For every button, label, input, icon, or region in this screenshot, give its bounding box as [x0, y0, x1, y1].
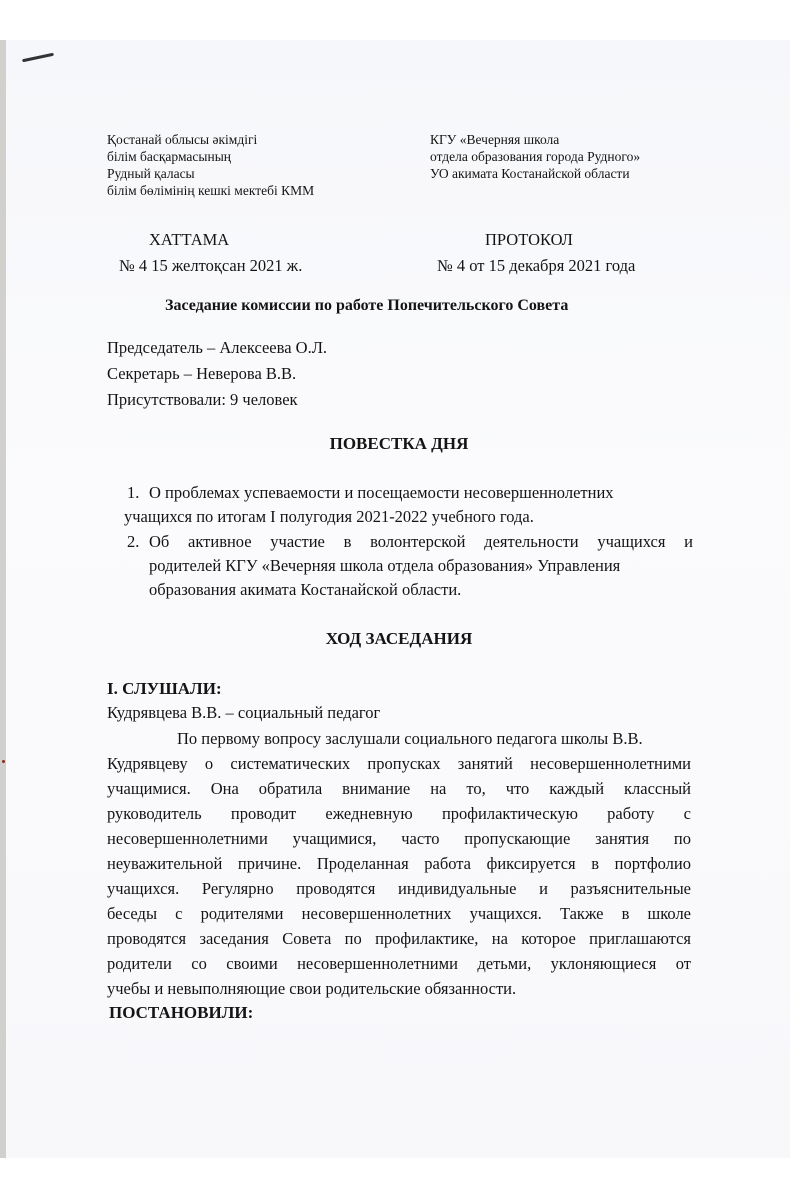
attendance-count: Присутствовали: 9 человек: [107, 390, 298, 409]
agenda-item-line: образования акимата Костанайской области…: [149, 580, 461, 599]
paragraph-line: учащимися. Она обратила внимание на то, …: [107, 779, 691, 798]
chairperson: Председатель – Алексеева О.Л.: [107, 338, 327, 357]
heard-heading: I. СЛУШАЛИ:: [107, 679, 222, 698]
protocol-kz-title: ХАТТАМА: [149, 230, 229, 249]
header-right-line: отдела образования города Рудного»: [430, 148, 640, 165]
paragraph-line: неуважительной причине. Проделанная рабо…: [107, 854, 691, 873]
paragraph-line: руководитель проводит ежедневную профила…: [107, 804, 691, 823]
speaker: Кудрявцева В.В. – социальный педагог: [107, 703, 380, 722]
paragraph-line: несовершеннолетними учащимися, часто про…: [107, 829, 691, 848]
agenda-item-line: О проблемах успеваемости и посещаемости …: [149, 483, 614, 502]
header-left-line: білім басқармасының: [107, 148, 231, 165]
secretary: Секретарь – Неверова В.В.: [107, 364, 296, 383]
meeting-title: Заседание комиссии по работе Попечительс…: [165, 296, 568, 315]
agenda-item-number: 2.: [127, 532, 139, 551]
paragraph-line: проводятся заседания Совета по профилакт…: [107, 929, 691, 948]
header-right-line: УО акимата Костанайской области: [430, 165, 630, 182]
agenda-item-line: родителей КГУ «Вечерняя школа отдела обр…: [149, 556, 620, 575]
agenda-heading: ПОВЕСТКА ДНЯ: [107, 434, 691, 453]
paragraph-line: Кудрявцеву о систематических пропусках з…: [107, 754, 691, 773]
header-left-line: Рудный қаласы: [107, 165, 195, 182]
header-left-line: Қостанай облысы әкімдігі: [107, 131, 257, 148]
resolved-heading: ПОСТАНОВИЛИ:: [109, 1003, 253, 1022]
protocol-ru-number: № 4 от 15 декабря 2021 года: [437, 256, 635, 275]
paragraph-line: учебы и невыполняющие свои родительские …: [107, 979, 516, 998]
header-right-line: КГУ «Вечерняя школа: [430, 131, 559, 148]
agenda-item-line: учащихся по итогам I полугодия 2021-2022…: [124, 507, 534, 526]
agenda-item-line: Об активное участие в волонтерской деяте…: [149, 532, 693, 551]
protocol-ru-title: ПРОТОКОЛ: [485, 230, 573, 249]
agenda-item-number: 1.: [127, 483, 139, 502]
header-left-line: білім бөлімінің кешкі мектебі КММ: [107, 182, 314, 199]
paragraph-line: родители со своими несовершеннолетними д…: [107, 954, 691, 973]
proceedings-heading: ХОД ЗАСЕДАНИЯ: [107, 629, 691, 648]
protocol-kz-number: № 4 15 желтоқсан 2021 ж.: [119, 256, 302, 275]
paragraph-line: По первому вопросу заслушали социального…: [177, 729, 643, 748]
ink-dot: [2, 760, 5, 763]
paragraph-line: беседы с родителями несовершеннолетних у…: [107, 904, 691, 923]
paragraph-line: учащихся. Регулярно проводятся индивидуа…: [107, 879, 691, 898]
